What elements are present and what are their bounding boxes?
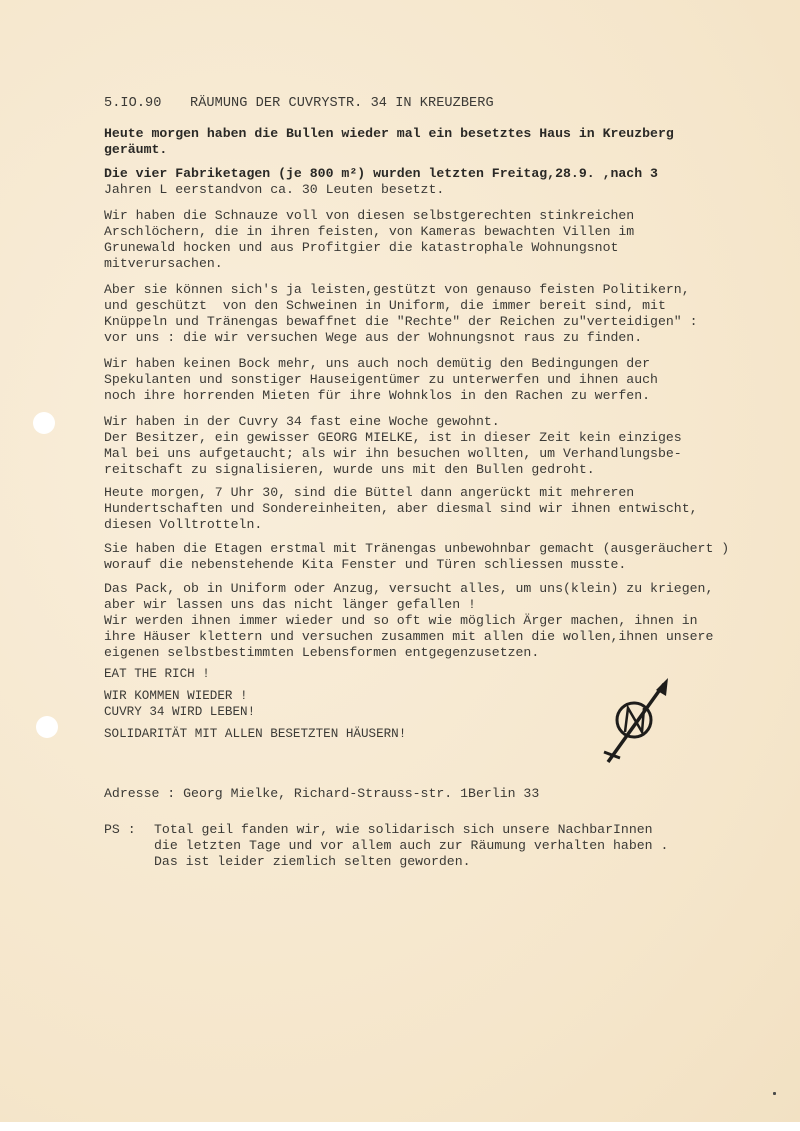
ink-speck <box>773 1092 776 1095</box>
text-line: eigenen selbstbestimmten Lebensformen en… <box>104 645 713 661</box>
text-line: ihre Häuser klettern und versuchen zusam… <box>104 629 713 645</box>
text-line: vor uns : die wir versuchen Wege aus der… <box>104 330 698 346</box>
slogan: EAT THE RICH ! <box>104 666 406 682</box>
text-line: Wir werden ihnen immer wieder und so oft… <box>104 613 713 629</box>
paragraph-6: Wir haben in der Cuvry 34 fast eine Woch… <box>104 414 682 478</box>
address-line: Adresse : Georg Mielke, Richard-Strauss-… <box>104 786 539 802</box>
punch-hole <box>36 716 58 738</box>
slogan: WIR KOMMEN WIEDER ! <box>104 688 406 704</box>
text-line: Hundertschaften und Sondereinheiten, abe… <box>104 501 698 517</box>
text-line: Das ist leider ziemlich selten geworden. <box>154 854 668 870</box>
slogan: SOLIDARITÄT MIT ALLEN BESETZTEN HÄUSERN! <box>104 726 406 742</box>
address-text: Adresse : Georg Mielke, Richard-Strauss-… <box>104 786 539 802</box>
text-line: Jahren L eerstandvon ca. 30 Leuten beset… <box>104 182 658 198</box>
paragraph-5: Wir haben keinen Bock mehr, uns auch noc… <box>104 356 658 404</box>
text-line: geräumt. <box>104 142 674 158</box>
paragraph-8: Sie haben die Etagen erstmal mit Träneng… <box>104 541 729 573</box>
text-line: worauf die nebenstehende Kita Fenster un… <box>104 557 729 573</box>
text-line: Heute morgen haben die Bullen wieder mal… <box>104 126 674 142</box>
slogan-block: EAT THE RICH ! WIR KOMMEN WIEDER ! CUVRY… <box>104 666 406 742</box>
text-line: noch ihre horrenden Mieten für ihre Wohn… <box>104 388 658 404</box>
ps-label: PS : <box>104 822 136 838</box>
paper-page: 5.IO.90RÄUMUNG DER CUVRYSTR. 34 IN KREUZ… <box>0 0 800 1122</box>
text-line: Wir haben keinen Bock mehr, uns auch noc… <box>104 356 658 372</box>
paragraph-3: Wir haben die Schnauze voll von diesen s… <box>104 208 634 272</box>
text-line: Aber sie können sich's ja leisten,gestüt… <box>104 282 698 298</box>
text-line: diesen Volltrotteln. <box>104 517 698 533</box>
text-line: Total geil fanden wir, wie solidarisch s… <box>154 822 668 838</box>
paragraph-7: Heute morgen, 7 Uhr 30, sind die Büttel … <box>104 485 698 533</box>
paragraph-1: Heute morgen haben die Bullen wieder mal… <box>104 126 674 158</box>
text-line: Das Pack, ob in Uniform oder Anzug, vers… <box>104 581 713 597</box>
text-line: Mal bei uns aufgetaucht; als wir ihn bes… <box>104 446 682 462</box>
paragraph-4: Aber sie können sich's ja leisten,gestüt… <box>104 282 698 346</box>
text-line: Wir haben in der Cuvry 34 fast eine Woch… <box>104 414 682 430</box>
paragraph-2: Die vier Fabriketagen (je 800 m²) wurden… <box>104 166 658 198</box>
squatter-symbol-icon <box>598 676 678 766</box>
text-line: Der Besitzer, ein gewisser GEORG MIELKE,… <box>104 430 682 446</box>
text-line: Heute morgen, 7 Uhr 30, sind die Büttel … <box>104 485 698 501</box>
text-line: und geschützt von den Schweinen in Unifo… <box>104 298 698 314</box>
text-line: die letzten Tage und vor allem auch zur … <box>154 838 668 854</box>
document-date: 5.IO.90 <box>104 96 190 112</box>
text-line: Die vier Fabriketagen (je 800 m²) wurden… <box>104 166 658 182</box>
ps-body: Total geil fanden wir, wie solidarisch s… <box>154 822 668 870</box>
text-line: Grunewald hocken und aus Profitgier die … <box>104 240 634 256</box>
text-line: mitverursachen. <box>104 256 634 272</box>
text-line: reitschaft zu signalisieren, wurde uns m… <box>104 462 682 478</box>
slogan: CUVRY 34 WIRD LEBEN! <box>104 704 406 720</box>
document-header: 5.IO.90RÄUMUNG DER CUVRYSTR. 34 IN KREUZ… <box>104 96 494 112</box>
text-line: Knüppeln und Tränengas bewaffnet die "Re… <box>104 314 698 330</box>
punch-hole <box>33 412 55 434</box>
document-title: RÄUMUNG DER CUVRYSTR. 34 IN KREUZBERG <box>190 96 494 111</box>
text-line: Spekulanten und sonstiger Hauseigentümer… <box>104 372 658 388</box>
text-line: Wir haben die Schnauze voll von diesen s… <box>104 208 634 224</box>
text-line: Sie haben die Etagen erstmal mit Träneng… <box>104 541 729 557</box>
text-line: aber wir lassen uns das nicht länger gef… <box>104 597 713 613</box>
paragraph-9: Das Pack, ob in Uniform oder Anzug, vers… <box>104 581 713 661</box>
text-line: Arschlöchern, die in ihren feisten, von … <box>104 224 634 240</box>
